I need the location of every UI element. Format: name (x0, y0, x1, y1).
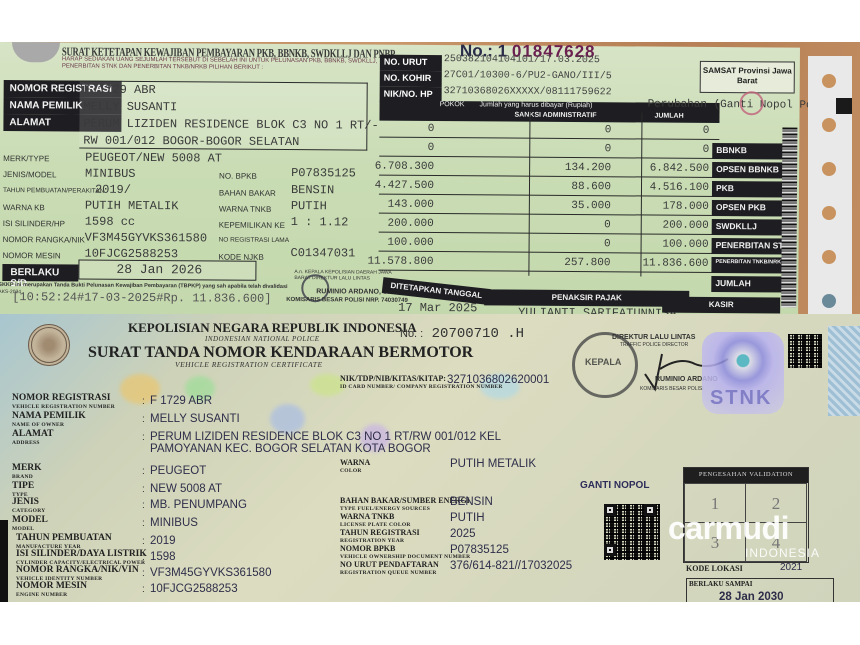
stnk-hologram-icon: STNK (702, 332, 784, 414)
stnk-value: PUTIH (450, 512, 485, 524)
cell-pokok: 0 (428, 142, 435, 154)
table-row: 11.578.800257.80011.836.600 (378, 256, 718, 273)
cell-sanksi: 134.200 (565, 162, 611, 174)
stnk-value: BENSIN (450, 496, 493, 508)
table-row: 000 (379, 142, 719, 159)
stnk-value: PERUM LIZIDEN RESIDENCE BLOK C3 NO 1 RT/… (150, 431, 501, 443)
table-row: 6.708.300134.2006.842.500 (379, 161, 719, 178)
stnk-value: PEUGEOT (150, 465, 206, 477)
label-no-urut: NO. URUT (380, 55, 442, 71)
cell-jumlah: 200.000 (662, 220, 708, 232)
label-warna-tnkb: WARNA TNKB (219, 205, 272, 214)
stnk-label: NAMA PEMILIKNAME OF OWNER (12, 412, 86, 430)
stnk-value: 2025 (450, 528, 476, 540)
skkp-subtitle: HARAP SEDIAKAN UANG SEJUMLAH TERSEBUT DI… (62, 56, 382, 72)
validation-stamp-text: [10:52:24#17-03-2025#Rp. 11.836.600] (12, 290, 271, 306)
label-kepemilikan: KEPEMILIKAN KE (219, 221, 285, 230)
table-row: 4.427.50088.6004.516.100 (379, 180, 719, 197)
cell-jumlah: 4.516.100 (650, 182, 710, 194)
cell-sanksi: 0 (605, 124, 612, 136)
stnk-value: MINIBUS (150, 517, 198, 529)
cell-pokok: 6.708.300 (375, 161, 435, 173)
value-warna-tnkb: PUTIH (291, 199, 327, 213)
black-mark (836, 98, 852, 114)
carmudi-watermark-country: INDONESIA (745, 546, 820, 560)
cell-pokok: 100.000 (387, 237, 433, 249)
stnk-label: NO URUT PENDAFTARANREGISTRATION QUEUE NU… (340, 560, 439, 578)
police-emblem-icon (28, 324, 70, 366)
stnk-value: F 1729 ABR (150, 395, 212, 407)
lembar-stamp-icon (740, 91, 764, 115)
emblem-icon (12, 42, 60, 62)
value-nomor-registrasi: F 1729 ABR (84, 83, 156, 98)
value-alamat-line2: RW 001/012 BOGOR-BOGOR SELATAN (83, 134, 299, 150)
ganti-nopol-label: GANTI NOPOL (580, 480, 649, 491)
cell-jumlah: 11.836.600 (642, 257, 708, 269)
cell-jumlah: 0 (703, 144, 710, 156)
director-rank: KOMISARIS BESAR POLISI (640, 386, 704, 392)
carmudi-watermark: carmudi (668, 510, 789, 547)
value-nama-pemilik: MELLY SUSANTI (84, 100, 178, 115)
stnk-value: 1598 (150, 551, 176, 563)
value-alamat: PERUM LIZIDEN RESIDENCE BLOK C3 NO 1 RT/… (83, 117, 378, 133)
agency-name-en: INDONESIAN NATIONAL POLICE (205, 335, 320, 343)
col-sanksi: SANKSI ADMINISTRATIF (514, 112, 596, 120)
agency-name: KEPOLISIAN NEGARA REPUBLIK INDONESIA (128, 320, 417, 336)
table-row: 200.0000200.000 (379, 218, 719, 235)
stnk-value: MB. PENUMPANG (150, 499, 247, 511)
qr-code-small-icon (788, 334, 822, 368)
stnk-label: WARNACOLOR (340, 458, 370, 476)
stnk-value: PUTIH METALIK (450, 458, 536, 470)
value-jenis-model: MINIBUS (85, 167, 136, 181)
cell-sanksi: 257.800 (564, 257, 610, 269)
stnk-value: 2019 (150, 535, 176, 547)
stamp-text: KEPALA (585, 357, 621, 367)
stnk-value: 376/614-821//17032025 (450, 560, 572, 572)
value-kode-njkb: C01347031 (290, 246, 355, 260)
value-bahan-bakar: BENSIN (291, 183, 334, 197)
cell-jumlah: 0 (703, 125, 710, 137)
stnk-label: NOMOR MESINENGINE NUMBER (16, 582, 87, 600)
col-jumlah: JUMLAH (654, 113, 683, 120)
stnk-certificate: KEPOLISIAN NEGARA REPUBLIK INDONESIA IND… (0, 314, 860, 602)
serial-number: No. : 20700710 .H (400, 326, 524, 342)
cell-sanksi: 0 (604, 219, 611, 231)
label-no-kohir: NO. KOHIR (380, 71, 442, 87)
qr-code-icon (604, 504, 660, 560)
label-bahan-bakar: BAHAN BAKAR (219, 189, 276, 198)
stnk-label: JENISCATEGORY (12, 498, 46, 516)
cell-pokok: 200.000 (387, 218, 433, 230)
hologram-text: STNK (710, 387, 772, 410)
value-no-bpkb: P07835125 (291, 166, 356, 180)
label-merk-type: MERK/TYPE (3, 154, 49, 163)
value-nik: 3271036802620001 (447, 374, 549, 386)
stnk-value: VF3M45GYVKS361580 (150, 567, 271, 579)
label-kasir: KASIR (662, 297, 780, 314)
stnk-label: MODELMODEL (12, 516, 48, 534)
stnk-label: NOMOR REGISTRASIVEHICLE REGISTRATION NUM… (12, 394, 115, 412)
stnk-value: MELLY SUSANTI (150, 413, 240, 425)
barcode (781, 127, 797, 307)
label-kode-lokasi: KODE LOKASI (686, 564, 743, 573)
perforated-strip (808, 56, 852, 338)
value-no-urut: 250382104104101/17.03.2025 (444, 54, 600, 66)
validation-header: PENGESAHAN VALIDATION (684, 468, 808, 483)
label-no-registrasi-lama: NO REGISTRASI LAMA (219, 237, 289, 244)
table-row: 100.0000100.000 (379, 237, 719, 254)
samsat-box: SAMSAT Provinsi Jawa Barat (700, 61, 795, 94)
certificate-title-en: VEHICLE REGISTRATION CERTIFICATE (175, 360, 323, 369)
label-nomor-rangka: NOMOR RANGKA/NIK (3, 235, 85, 245)
berlaku-box: BERLAKU SAMPAI 28 Jan 2030 (686, 578, 834, 602)
label-nik-text: NIK/TDP/NIB/KITAS/KITAP: (340, 374, 446, 383)
value-kepemilikan: 1 : 1.12 (291, 215, 349, 229)
stnk-value: P07835125 (450, 544, 509, 556)
value-no-kohir: 27C01/10300-6/PU2-GANO/III/5 (444, 70, 612, 82)
value-berlaku: 28 Jan 2026 (116, 262, 202, 278)
director-title: DIREKTUR LALU LINTAS (612, 334, 695, 341)
stnk-value: PAMOYANAN KEC. BOGOR SELATAN KOTA BOGOR (150, 443, 431, 455)
value-warna-kb: PUTIH METALIK (85, 199, 179, 214)
shadow-edge (0, 520, 8, 602)
serial-prefix: No. : (400, 328, 423, 340)
label-berlaku: BERLAKU S/D (2, 264, 78, 282)
table-row: 143.00035.000178.000 (379, 199, 719, 216)
cell-jumlah: 178.000 (663, 201, 709, 213)
cell-pokok: 143.000 (388, 199, 434, 211)
table-row: 000 (379, 123, 719, 140)
label-isi-silinder: ISI SILINDER/HP (3, 219, 65, 228)
stnk-label: MERKBRAND (12, 464, 42, 482)
value-nik: 32710368026XXXXX/08111759622 (444, 86, 612, 98)
cell-sanksi: 0 (605, 143, 612, 155)
stnk-value: 10FJCG2588253 (150, 583, 238, 595)
cell-sanksi: 35.000 (571, 200, 611, 212)
label-jenis-model: JENIS/MODEL (3, 170, 56, 179)
value-merk-type: PEUGEOT/NEW 5008 AT (85, 151, 222, 166)
value-berlaku-sampai: 28 Jan 2030 (719, 591, 784, 602)
security-pattern (828, 326, 860, 416)
cell-pokok: 4.427.500 (375, 180, 435, 192)
cell-sanksi: 0 (604, 238, 611, 250)
skkp-tax-assessment: SURAT KETETAPAN KEWAJIBAN PEMBAYARAN PKB… (0, 42, 800, 323)
col-pokok: POKOK (440, 101, 465, 108)
label-penaksir: PENAKSIR PAJAK (484, 289, 689, 306)
value-kode-lokasi: 2021 (780, 562, 802, 573)
value-tahun: 2019/ (95, 183, 131, 197)
cell-sanksi: 88.600 (571, 181, 611, 193)
label-tahun: TAHUN PEMBUATAN/PERAKITAN (3, 187, 104, 195)
stnk-label: ALAMATADDRESS (12, 430, 54, 448)
tax-table-section: No.: 1 01847628 NO. URUT 250382104104101… (378, 45, 720, 317)
label-nomor-mesin: NOMOR MESIN (2, 251, 60, 260)
cell-pokok: 0 (428, 123, 435, 135)
label-no-bpkb: NO. BPKB (219, 172, 257, 181)
footnote: SKKP ini merupakan Tanda Bukti Pelunasan… (0, 282, 288, 290)
table-header-text: Jumlah yang harus dibayar (Rupiah) (480, 101, 593, 109)
label-berlaku-sampai: BERLAKU SAMPAI (689, 580, 752, 589)
cell-jumlah: 6.842.500 (650, 163, 710, 175)
cell-pokok: 11.578.800 (367, 256, 433, 268)
serial-value: 20700710 .H (432, 326, 524, 342)
label-warna-kb: WARNA KB (3, 203, 45, 212)
cell-jumlah: 100.000 (662, 239, 708, 251)
value-nomor-rangka: VF3M45GYVKS361580 (85, 231, 208, 246)
value-isi-silinder: 1598 cc (85, 215, 136, 229)
stnk-value: NEW 5008 AT (150, 483, 222, 495)
